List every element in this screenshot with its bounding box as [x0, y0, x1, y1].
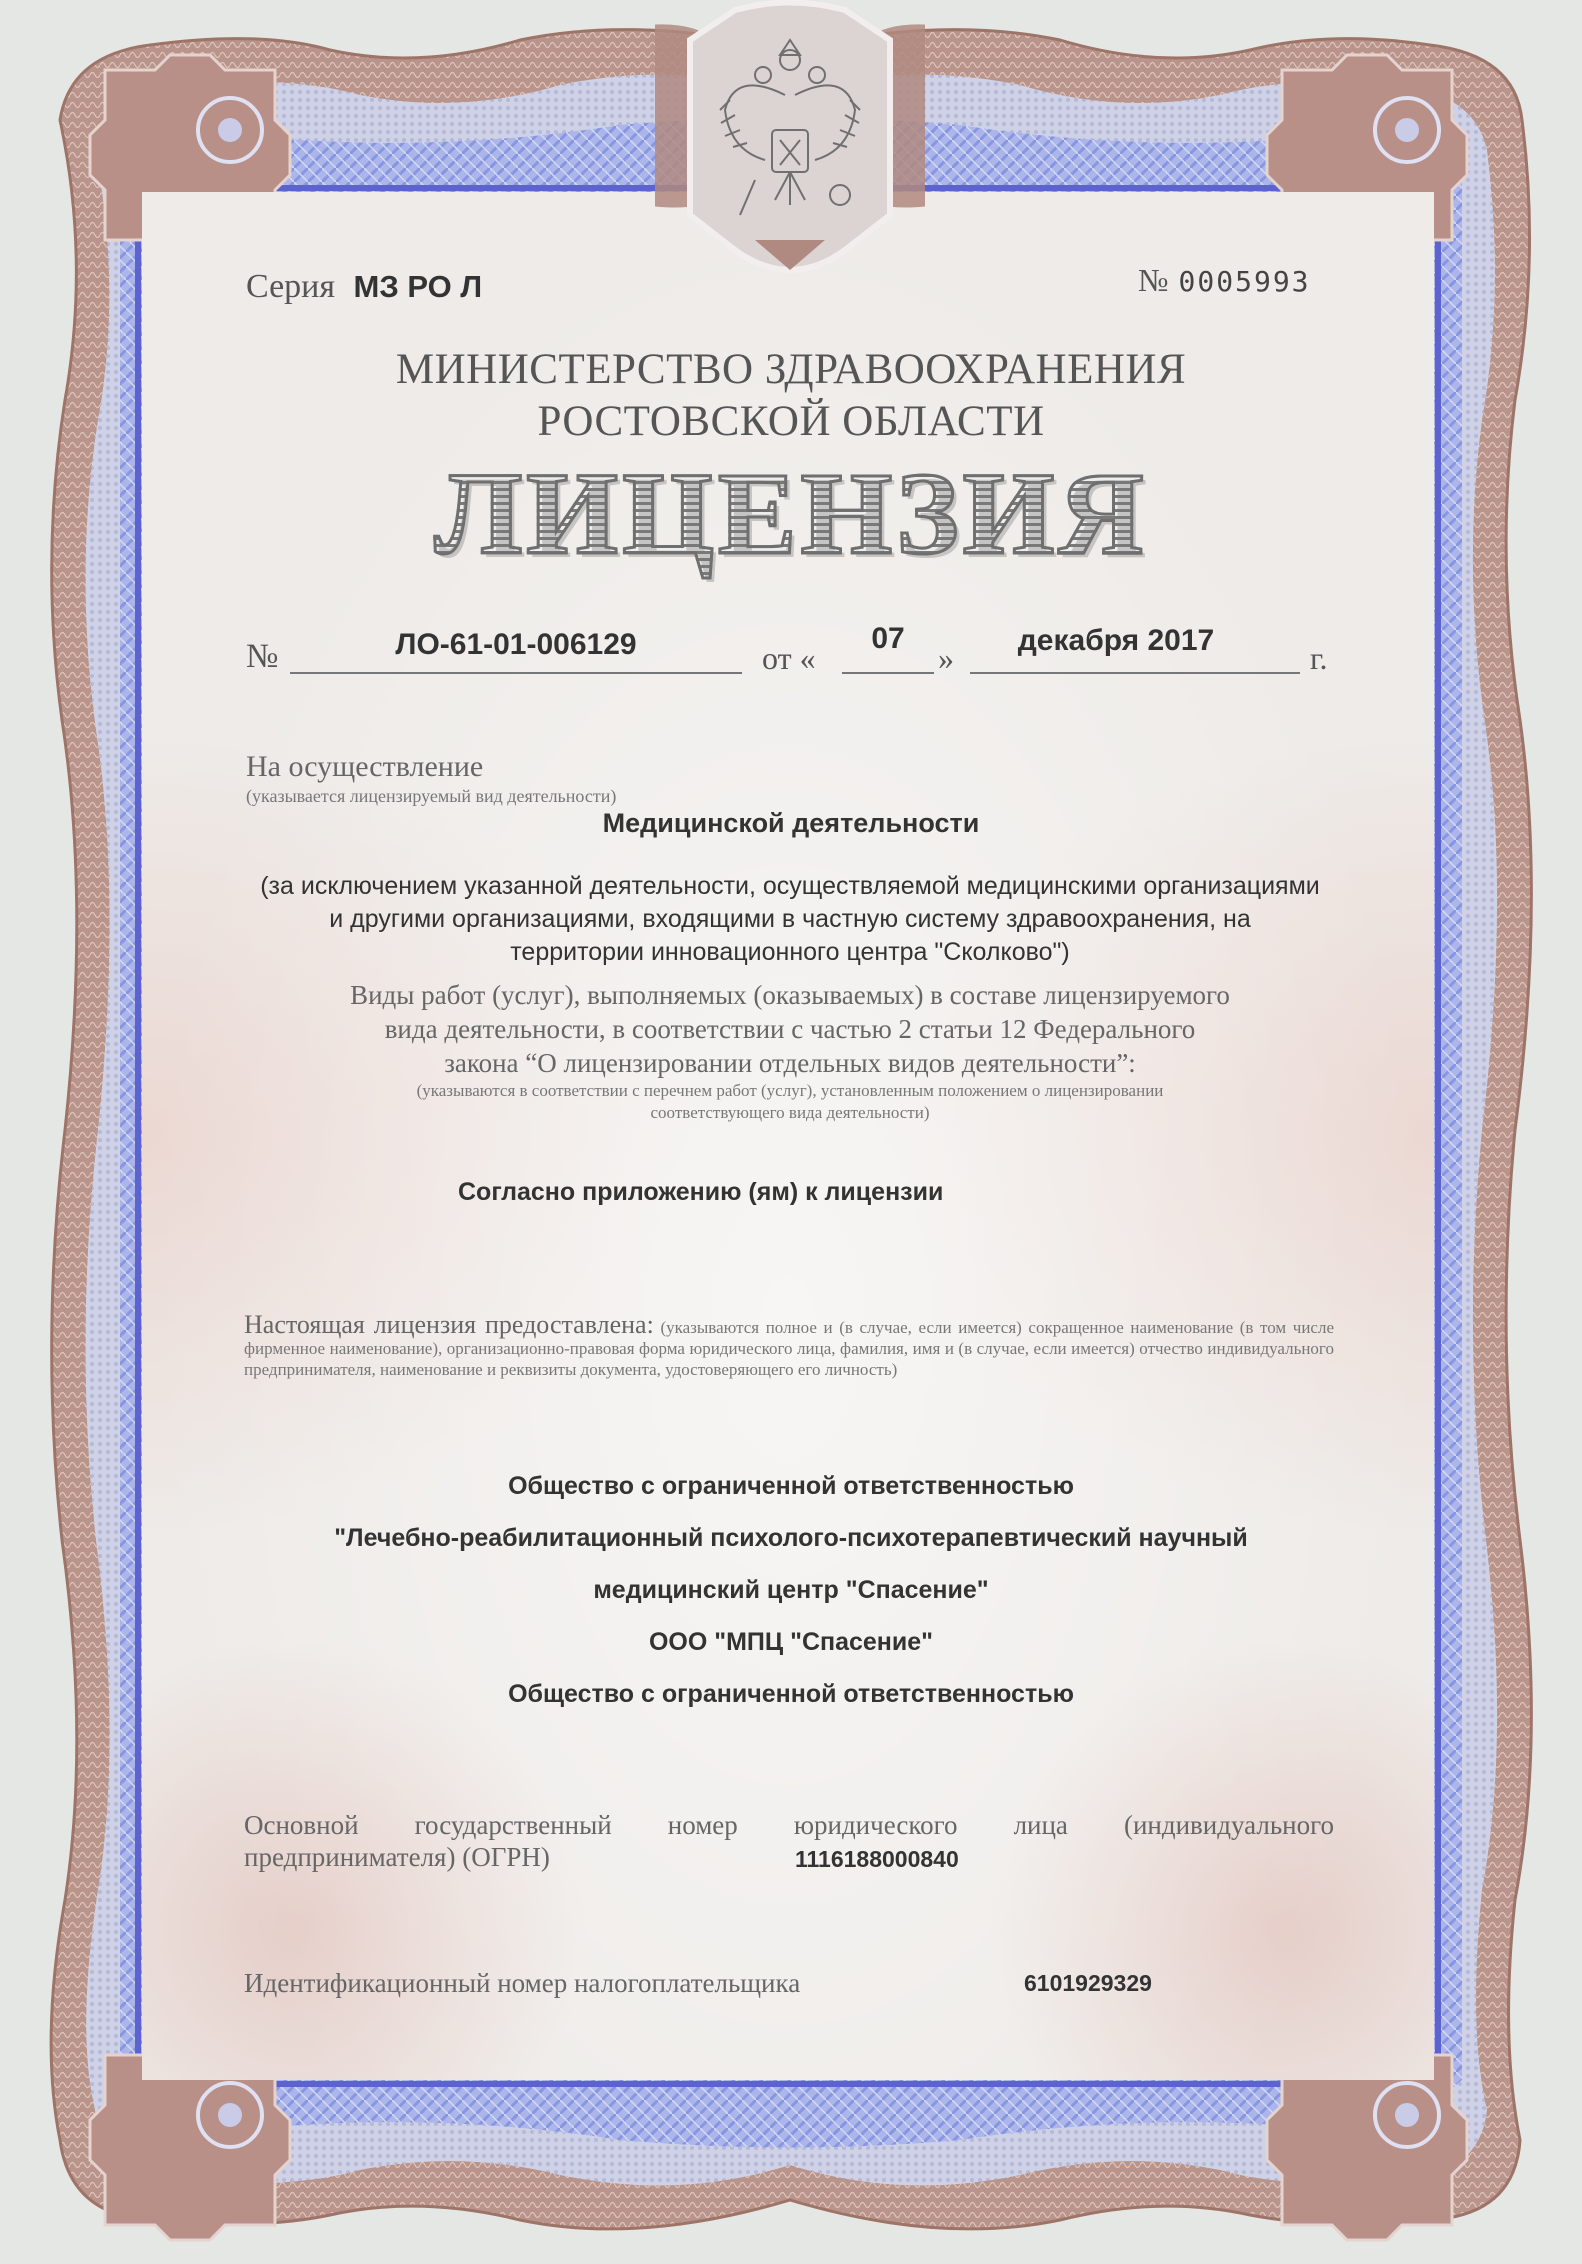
licensee-name: Общество с ограниченной ответственностью…	[0, 1460, 1582, 1720]
year-suffix: г.	[1310, 640, 1328, 677]
licensee-line: медицинский центр "Спасение"	[0, 1564, 1582, 1616]
series-label: Серия	[246, 268, 335, 305]
licensee-line: Общество с ограниченной ответственностью	[0, 1460, 1582, 1512]
works-hint: (указываются в соответствии с перечнем р…	[190, 1080, 1390, 1124]
licensee-line: Общество с ограниченной ответственностью	[0, 1668, 1582, 1720]
activity-value: Медицинской деятельности	[0, 808, 1582, 839]
registration-line: № ЛО-61-01-006129 от « 07 » декабря 2017…	[246, 628, 1336, 678]
underline	[970, 672, 1300, 674]
blank-number-field: № 0005993	[1138, 262, 1311, 299]
inn-value: 6101929329	[1024, 1970, 1152, 1997]
activity-label: На осуществление	[246, 750, 483, 784]
issue-day: 07	[842, 622, 934, 656]
works-label-line: закона “О лицензировании отдельных видов…	[190, 1046, 1390, 1080]
licensee-line: "Лечебно-реабилитационный психолого-псих…	[0, 1512, 1582, 1564]
works-label-line: вида деятельности, в соответствии с част…	[190, 1012, 1390, 1046]
issue-month-year: декабря 2017	[946, 624, 1286, 658]
exclusion-line: и другими организациями, входящими в час…	[190, 903, 1390, 936]
works-value: Согласно приложению (ям) к лицензии	[458, 1178, 943, 1207]
series-value: МЗ РО Л	[354, 269, 483, 304]
license-number-label: №	[246, 638, 278, 676]
issuer-line-2: РОСТОВСКОЙ ОБЛАСТИ	[0, 396, 1582, 448]
works-hint-line: соответствующего вида деятельности)	[190, 1102, 1390, 1124]
underline	[842, 672, 934, 674]
issuer-name: МИНИСТЕРСТВО ЗДРАВООХРАНЕНИЯ РОСТОВСКОЙ …	[0, 344, 1582, 448]
licensee-label: Настоящая лицензия предоставлена:	[244, 1310, 654, 1339]
inn-label: Идентификационный номер налогоплательщик…	[244, 1968, 800, 1999]
document-title: ЛИЦЕНЗИЯ	[0, 446, 1582, 582]
ogrn-label-line-1: Основной государственный номер юридическ…	[244, 1808, 1334, 1842]
licensee-line: ООО "МПЦ "Спасение"	[0, 1616, 1582, 1668]
activity-hint: (указывается лицензируемый вид деятельно…	[246, 786, 616, 807]
works-hint-line: (указываются в соответствии с перечнем р…	[190, 1080, 1390, 1102]
series-field: Серия МЗ РО Л	[246, 268, 482, 306]
license-certificate: Серия МЗ РО Л № 0005993 МИНИСТЕРСТВО ЗДР…	[0, 0, 1582, 2264]
blank-number-value: 0005993	[1179, 265, 1311, 298]
works-label: Виды работ (услуг), выполняемых (оказыва…	[190, 978, 1390, 1080]
number-label: №	[1138, 262, 1170, 298]
ogrn-value: 1116188000840	[795, 1846, 959, 1873]
license-number: ЛО-61-01-006129	[290, 628, 742, 662]
ogrn-label-line-2: предпринимателя) (ОГРН)	[244, 1842, 550, 1873]
issuer-line-1: МИНИСТЕРСТВО ЗДРАВООХРАНЕНИЯ	[0, 344, 1582, 396]
licensee-description: Настоящая лицензия предоставлена: (указы…	[244, 1314, 1334, 1380]
underline	[290, 672, 742, 674]
date-from-label: от «	[762, 640, 816, 677]
activity-exclusion: (за исключением указанной деятельности, …	[190, 870, 1390, 969]
exclusion-line: (за исключением указанной деятельности, …	[190, 870, 1390, 903]
exclusion-line: территории инновационного центра "Сколко…	[190, 936, 1390, 969]
works-label-line: Виды работ (услуг), выполняемых (оказыва…	[190, 978, 1390, 1012]
